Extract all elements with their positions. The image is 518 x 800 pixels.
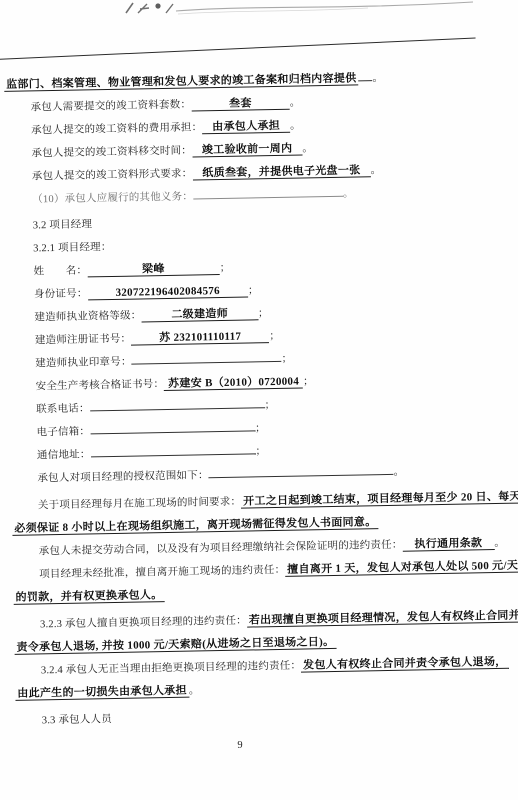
field-label: 安全生产考核合格证书号：	[36, 379, 165, 392]
field-label: ；	[220, 263, 231, 274]
horizontal-rule	[0, 38, 476, 60]
field-value: 执行通用条款	[402, 537, 494, 552]
field-label: 3.2.3 承包人擅自更换项目经理的违约责任：	[40, 616, 247, 631]
field-label: 建造师执业资格等级：	[34, 310, 141, 323]
field-label: 。	[290, 120, 301, 131]
field-label: ；	[281, 354, 292, 365]
field-label: ；	[265, 400, 276, 411]
field-value: 责令承包人退场, 并按 1000 元/天索赔(从进场之日至退场之日)。	[14, 636, 336, 655]
field-label: 承包人需要提交的竣工资料套数：	[31, 100, 192, 114]
document-lines: 监部门、档案管理、物业管理和发包人要求的竣工备案和归档内容提供。承包人需要提交的…	[0, 65, 518, 733]
field-label: 。	[343, 189, 354, 200]
field-label: 姓 名：	[34, 265, 88, 277]
field-label: 。	[393, 467, 404, 478]
field-value: 纸质叁套，并提供电子光盘一张	[192, 164, 370, 180]
blank-line	[193, 184, 343, 200]
field-label: 建造师执业印章号：	[35, 357, 131, 370]
field-value: 监部门、档案管理、物业管理和发包人要求的竣工备案和归档内容提供	[4, 72, 358, 91]
field-value: 梁峰	[87, 262, 220, 277]
field-value: 的罚款，并有权更换承包人。	[13, 589, 164, 605]
field-label: 承包人提交的竣工资料的费用承担：	[31, 122, 202, 136]
field-value: 二级建造师	[141, 307, 258, 322]
blank-line	[208, 462, 393, 478]
field-label: 。	[494, 538, 505, 549]
field-label: 身份证号：	[34, 288, 88, 300]
field-value: 擅自离开 1 天，发包人对承包人处以 500 元/天	[285, 560, 518, 577]
field-value: 由此产生的一切损失由承包人承担	[15, 685, 189, 701]
page-number: 9	[0, 740, 480, 751]
field-value: 开工之日起到竣工结束，项目经理每月至少 20 日、每天	[241, 490, 518, 508]
doc-line: 3.3 承包人人员	[42, 701, 518, 733]
field-value: 竣工验收前一周内	[192, 142, 303, 157]
field-value: 发包人有权终止合同并责令承包人退场，	[301, 656, 509, 673]
field-label: ；	[255, 423, 266, 434]
field-label: 承包人对项目经理的授权范围如下：	[37, 470, 208, 484]
field-label: ；	[269, 331, 280, 342]
field-label: ；	[248, 285, 259, 296]
field-label: 建造师注册证书号：	[35, 334, 131, 347]
blank-line	[90, 441, 255, 457]
field-value: 必须保证 8 小时以上在现场组织施工，离开现场需征得发包人书面同意。	[12, 516, 378, 536]
field-label: ；	[258, 308, 269, 319]
field-label: 承包人未提交劳动合同，以及没有为项目经理缴纳社会保险证明的违约责任：	[39, 540, 403, 558]
field-label: 。	[290, 98, 301, 109]
field-value: 苏 232101110117	[131, 330, 269, 346]
blank-line	[358, 68, 372, 81]
field-label: 。	[372, 73, 383, 84]
field-label: 项目经理未经批准，擅自离开施工现场的违约责任：	[39, 565, 285, 581]
field-label: 。	[370, 165, 381, 176]
field-value: 叁套	[191, 97, 290, 112]
field-label: 电子信箱：	[36, 426, 90, 438]
field-value: 若出现擅自更换项目经理情况，发包人有权终止合同并	[247, 610, 518, 628]
blank-line	[89, 395, 264, 411]
field-label: 。	[302, 143, 313, 154]
field-label: 。	[189, 685, 200, 696]
blank-line	[131, 349, 281, 365]
field-label: 3.3 承包人人员	[42, 714, 112, 726]
field-label: ；	[255, 446, 266, 457]
field-label: （10）承包人应履行的其他义务：	[32, 191, 193, 205]
blank-line	[90, 418, 255, 434]
field-label: 承包人提交的竣工资料移交时间：	[31, 145, 192, 159]
field-label: ；	[303, 376, 314, 387]
field-label: 通信地址：	[37, 449, 91, 461]
field-label: 3.2.1 项目经理：	[33, 242, 112, 254]
field-value: 由承包人承担	[202, 120, 290, 135]
handwriting-artifact	[118, 0, 488, 18]
field-value: 苏建安 B（2010）0720004	[164, 375, 303, 391]
field-label: 3.2 项目经理	[33, 219, 93, 231]
field-label: 联系电话：	[36, 403, 90, 415]
field-label: 3.2.4 承包人无正当理由拒绝更换项目经理的违约责任：	[41, 661, 301, 677]
field-label: 承包人提交的竣工资料形式要求：	[32, 168, 193, 182]
scanned-contract-page: 监部门、档案管理、物业管理和发包人要求的竣工备案和归档内容提供。承包人需要提交的…	[0, 0, 518, 800]
field-value: 320722196402084576	[87, 284, 248, 300]
field-label: 关于项目经理每月在施工现场的时间要求：	[38, 497, 241, 512]
